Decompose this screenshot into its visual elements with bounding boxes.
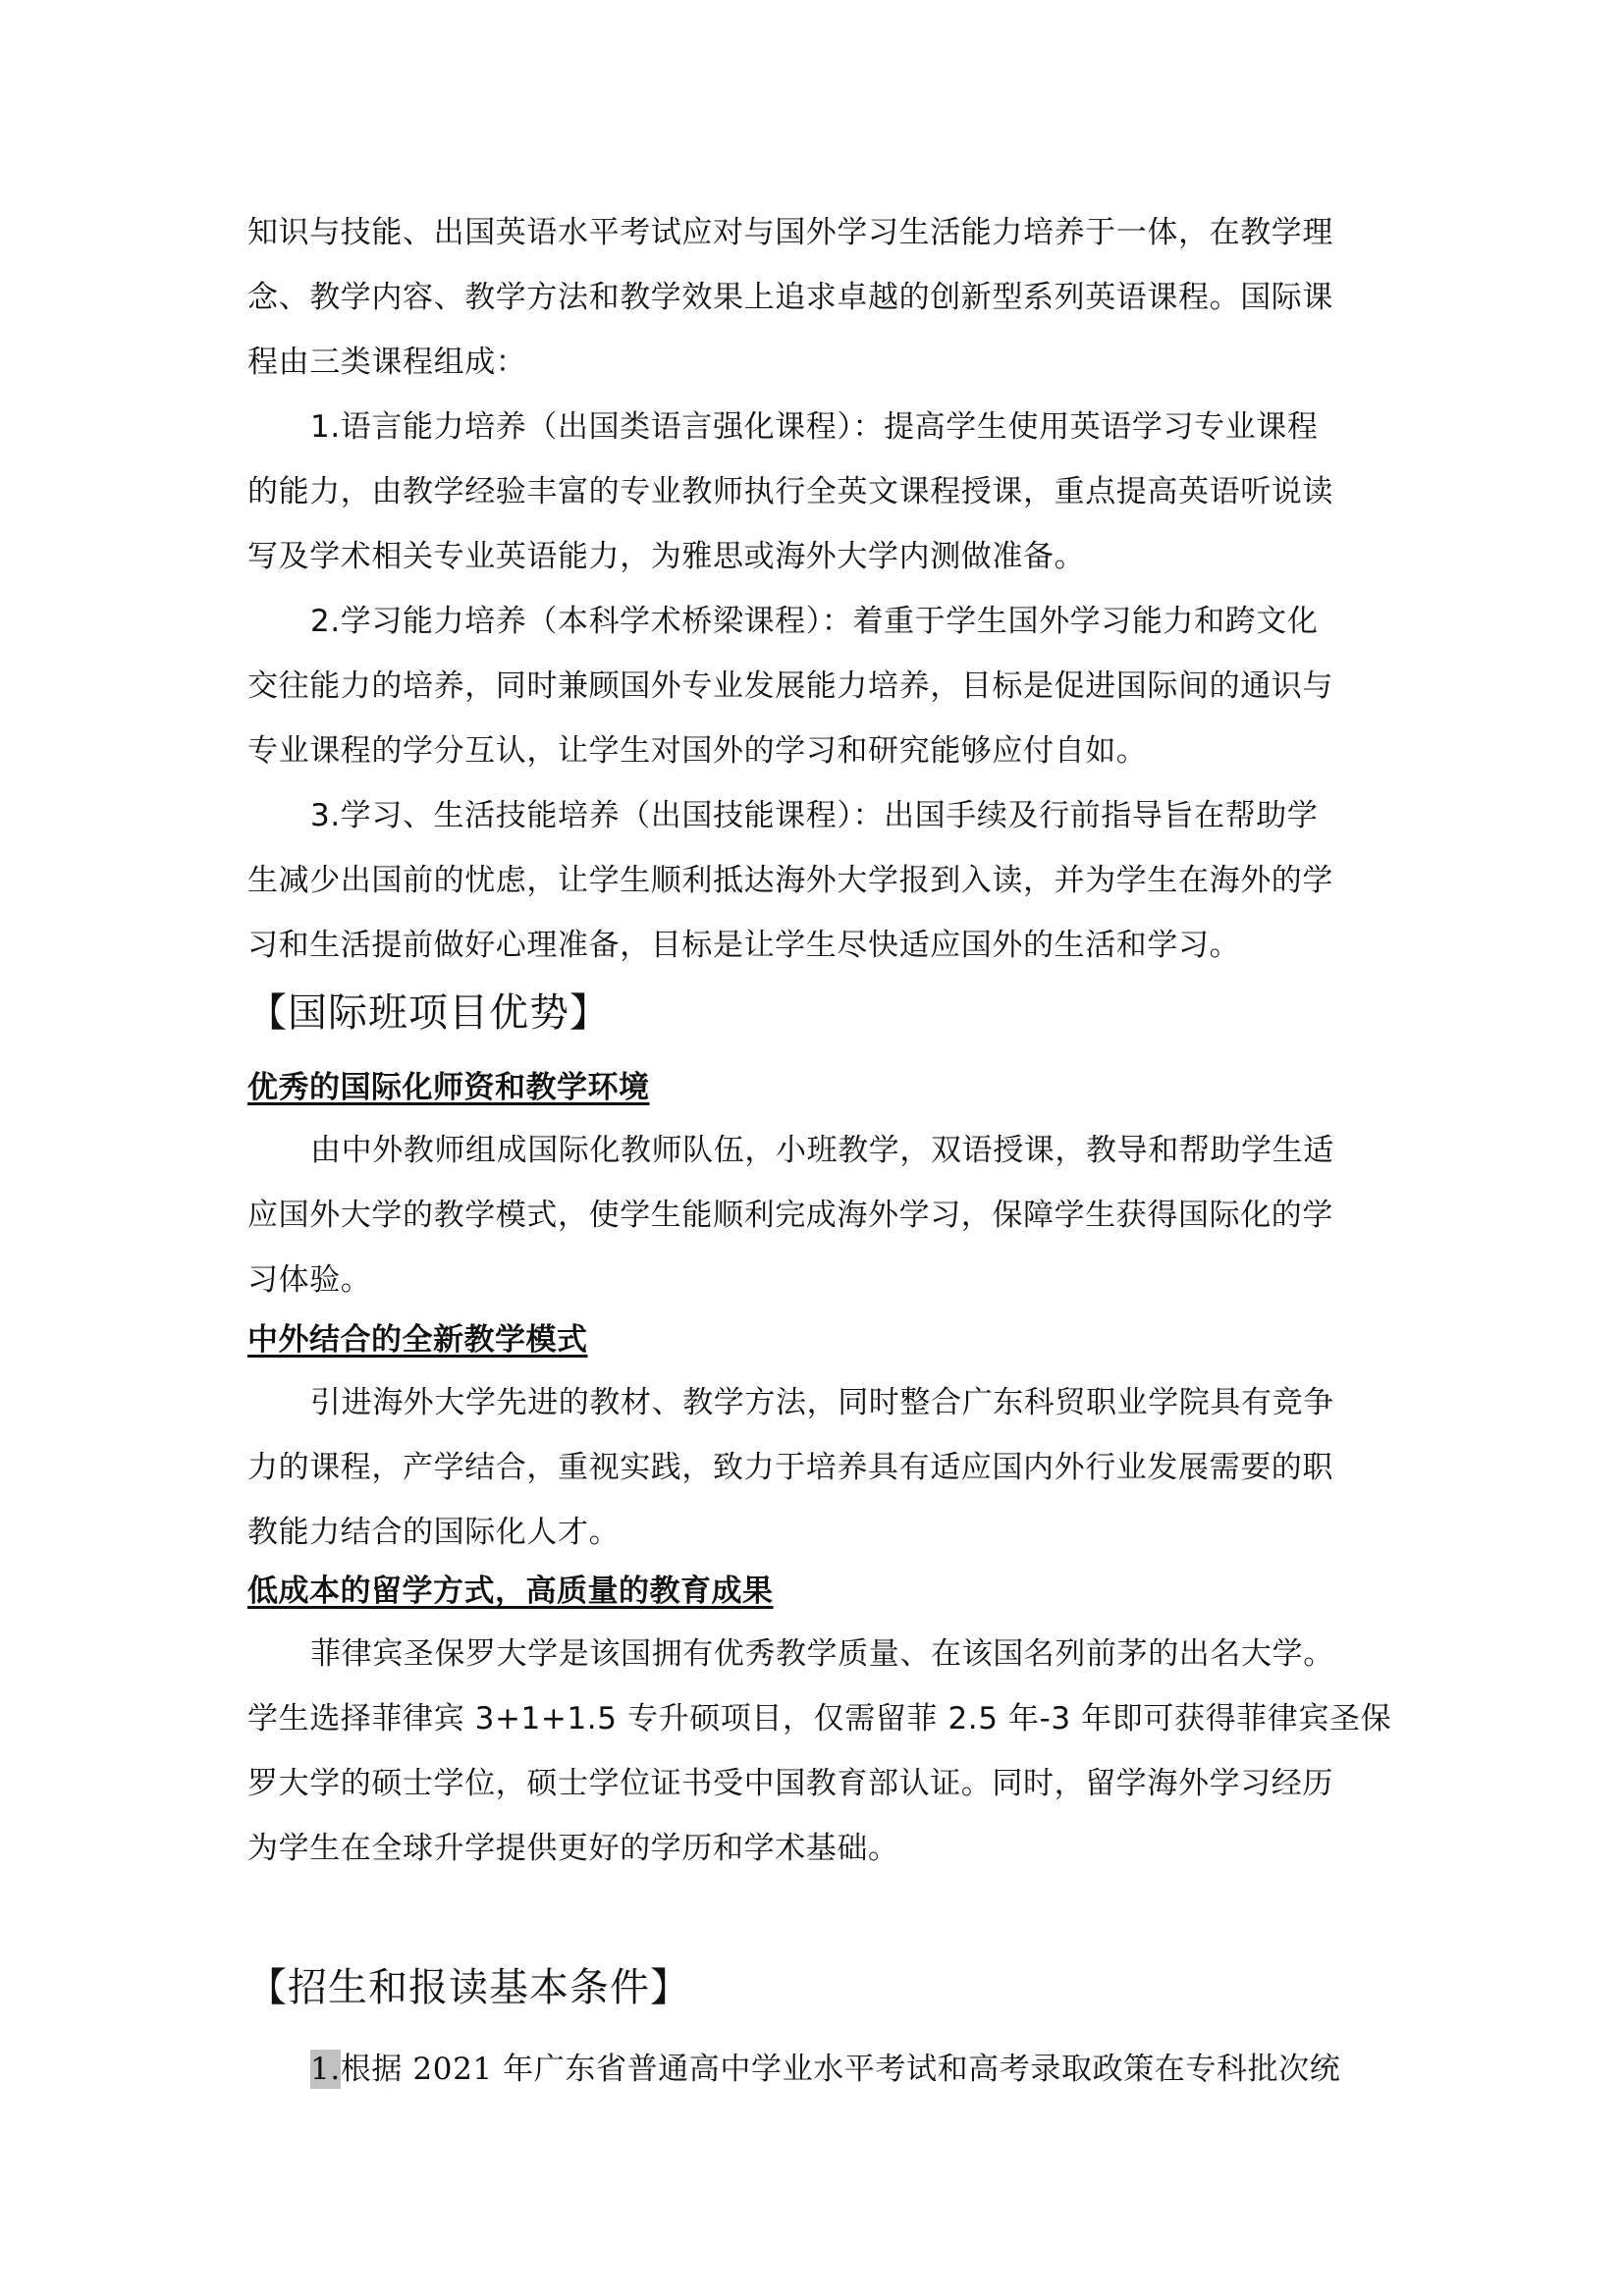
faculty-line-3: 习体验。 (247, 1260, 371, 1300)
intro-line-3: 程由三类课程组成： (247, 343, 526, 382)
section-title-admission: 【招生和报读基本条件】 (247, 1963, 690, 2012)
subheading-low-cost: 低成本的留学方式，高质量的教育成果 (247, 1572, 774, 1611)
course-3-line-2: 生减少出国前的忧虑，让学生顺利抵达海外大学报到入读，并为学生在海外的学 (247, 861, 1333, 900)
course-1-line-1: 1.语言能力培养（出国类语言强化课程）：提高学生使用英语学习专业课程 (310, 407, 1318, 447)
low-cost-line-3: 罗大学的硕士学位，硕士学位证书受中国教育部认证。同时，留学海外学习经历 (247, 1764, 1333, 1803)
course-2-line-3: 专业课程的学分互认，让学生对国外的学习和研究能够应付自如。 (247, 731, 1147, 771)
course-3-line-3: 习和生活提前做好心理准备，目标是让学生尽快适应国外的生活和学习。 (247, 926, 1240, 965)
teaching-model-line-3: 教能力结合的国际化人才。 (247, 1513, 620, 1552)
course-2-line-2: 交往能力的培养，同时兼顾国外专业发展能力培养，目标是促进国际间的通识与 (247, 667, 1333, 706)
low-cost-line-2: 学生选择菲律宾 3+1+1.5 专升硕项目，仅需留菲 2.5 年-3 年即可获得… (247, 1699, 1391, 1738)
subheading-faculty: 优秀的国际化师资和教学环境 (247, 1068, 650, 1107)
faculty-line-2: 应国外大学的教学模式，使学生能顺利完成海外学习，保障学生获得国际化的学 (247, 1196, 1333, 1235)
admission-item-1-text: 根据 2021 年广东省普通高中学业水平考试和高考录取政策在专科批次统 (341, 2052, 1341, 2087)
course-3-line-1: 3.学习、生活技能培养（出国技能课程）：出国手续及行前指导旨在帮助学 (310, 796, 1318, 835)
admission-item-1: 1.根据 2021 年广东省普通高中学业水平考试和高考录取政策在专科批次统 (310, 2050, 1340, 2089)
course-1-line-3: 写及学术相关专业英语能力，为雅思或海外大学内测做准备。 (247, 537, 1085, 576)
course-2-line-1: 2.学习能力培养（本科学术桥梁课程）：着重于学生国外学习能力和跨文化 (310, 602, 1318, 641)
subheading-teaching-model: 中外结合的全新教学模式 (247, 1320, 588, 1360)
low-cost-line-1: 菲律宾圣保罗大学是该国拥有优秀教学质量、在该国名列前茅的出名大学。 (310, 1634, 1334, 1674)
faculty-line-1: 由中外教师组成国际化教师队伍，小班教学，双语授课，教导和帮助学生适 (310, 1131, 1334, 1170)
intro-line-2: 念、教学内容、教学方法和教学效果上追求卓越的创新型系列英语课程。国际课 (247, 278, 1333, 317)
section-title-advantages: 【国际班项目优势】 (247, 988, 610, 1038)
teaching-model-line-1: 引进海外大学先进的教材、教学方法，同时整合广东科贸职业学院具有竞争 (310, 1383, 1334, 1422)
low-cost-line-4: 为学生在全球升学提供更好的学历和学术基础。 (247, 1829, 899, 1868)
admission-item-1-number: 1. (310, 2050, 341, 2089)
teaching-model-line-2: 力的课程，产学结合，重视实践，致力于培养具有适应国内外行业发展需要的职 (247, 1448, 1333, 1487)
course-1-line-2: 的能力，由教学经验丰富的专业教师执行全英文课程授课，重点提高英语听说读 (247, 472, 1333, 511)
intro-line-1: 知识与技能、出国英语水平考试应对与国外学习生活能力培养于一体，在教学理 (247, 213, 1333, 252)
